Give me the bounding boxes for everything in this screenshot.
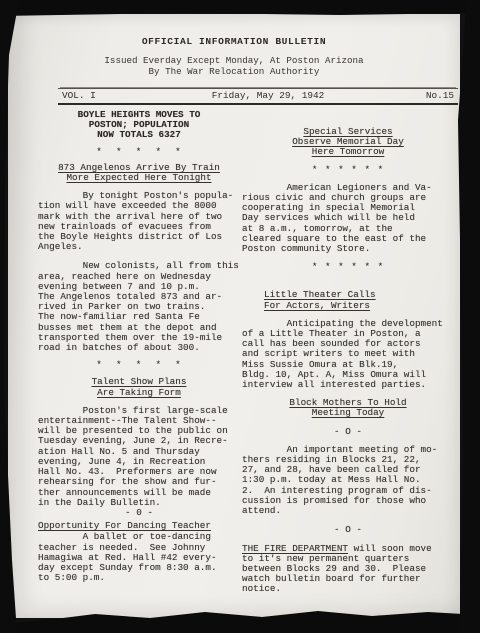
left-column: BOYLE HEIGHTS MOVES TO POSTON; POPULATIO…	[38, 110, 240, 583]
volume-label: VOL. I	[62, 90, 152, 101]
asterisk-separator: * * * * * *	[242, 262, 454, 272]
paper-sheet: OFFICIAL INFORMATION BULLETIN Issued Eve…	[8, 14, 460, 618]
issue-number: No.15	[384, 90, 454, 101]
section-divider: - O -	[242, 525, 454, 535]
asterisk-separator: * * * * * *	[242, 165, 454, 175]
paragraph-mothers-meeting: An important meeting of mo- thers residi…	[242, 445, 454, 516]
publisher-line: By The War Relocation Authority	[8, 66, 460, 77]
article-heading-dancing-teacher: Opportunity For Dancing Teacher	[38, 521, 240, 531]
paragraph-fire-department: THE FIRE DEPARTMENT will soon move to it…	[242, 544, 454, 595]
paragraph-population: By tonight Poston's popula- tion will ha…	[38, 191, 240, 252]
article-heading-special-services: Special Services Observe Memorial Day He…	[242, 127, 454, 158]
issued-line: Issued Everday Except Monday, At Poston …	[8, 55, 460, 66]
bulletin-title: OFFICIAL INFORMATION BULLETIN	[8, 36, 460, 47]
paragraph-memorial-day: American Legioners and Va- rious civic a…	[242, 183, 454, 254]
masthead-bar: VOL. I Friday, May 29, 1942 No.15	[58, 88, 458, 105]
section-divider: - 0 -	[38, 508, 240, 518]
article-heading-talent-show: Talent Show Plans Are Taking Form	[38, 377, 240, 397]
article-heading-angelenos-arrive: 873 Angelenos Arrive By Train More Expec…	[38, 163, 240, 183]
paragraph-talent-show: Poston's first large-scale entertainment…	[38, 406, 240, 508]
asterisk-separator: * * * * *	[38, 147, 240, 157]
article-heading-little-theater: Little Theater Calls For Actors, Writers	[264, 290, 454, 310]
paragraph-new-colonists: New colonists, all from this area, reach…	[38, 261, 240, 353]
article-heading-block-mothers: Block Mothers To Hold Meeting Today	[242, 398, 454, 418]
paragraph-dancing-teacher: A ballet or toe-dancing teacher is neede…	[38, 532, 240, 583]
right-column: Special Services Observe Memorial Day He…	[242, 110, 454, 595]
date-label: Friday, May 29, 1942	[152, 90, 384, 101]
paragraph-little-theater: Anticipating the development of a Little…	[242, 319, 454, 390]
asterisk-separator: * * * * *	[38, 360, 240, 370]
section-divider: - O -	[242, 427, 454, 437]
article-headline-boyle-heights: BOYLE HEIGHTS MOVES TO POSTON; POPULATIO…	[38, 110, 240, 141]
scanned-bulletin-page: OFFICIAL INFORMATION BULLETIN Issued Eve…	[0, 0, 480, 633]
